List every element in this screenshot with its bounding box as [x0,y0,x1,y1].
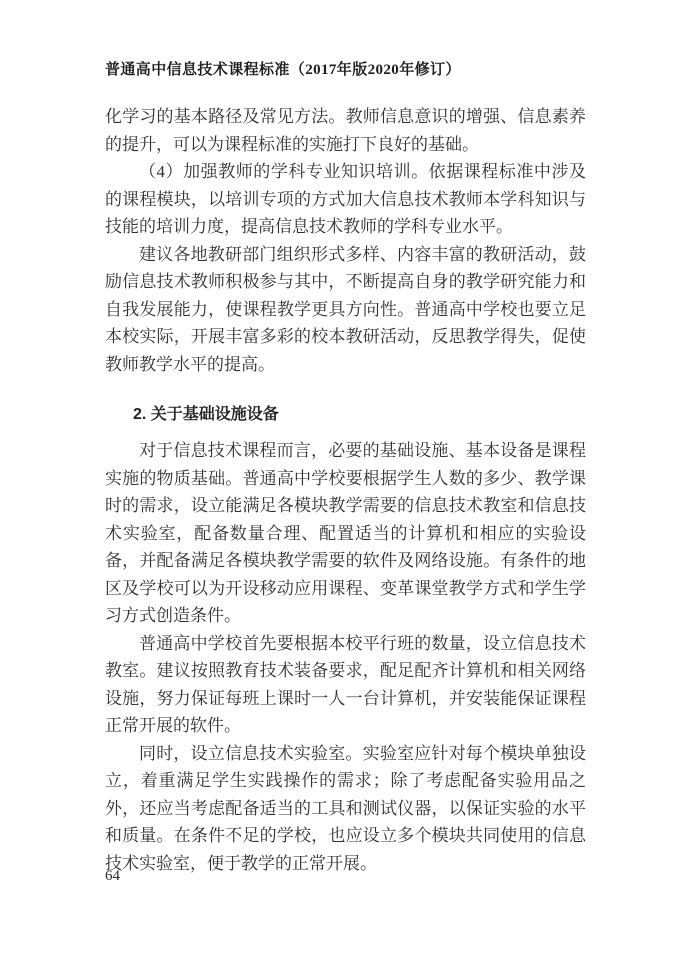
paragraph: 建议各地教研部门组织形式多样、内容丰富的教研活动，鼓励信息技术教师积极参与其中，… [105,241,586,379]
document-page: 普通高中信息技术课程标准（2017年版2020年修订） 化学习的基本路径及常见方… [0,0,688,964]
document-body: 化学习的基本路径及常见方法。教师信息意识的增强、信息素养的提升，可以为课程标准的… [105,103,586,877]
paragraph: 对于信息技术课程而言，必要的基础设施、基本设备是课程实施的物质基础。普通高中学校… [105,437,586,630]
paragraph: （4）加强教师的学科专业知识培训。依据课程标准中涉及的课程模块，以培训专项的方式… [105,158,586,241]
section-heading: 2. 关于基础设施设备 [105,404,586,426]
running-header: 普通高中信息技术课程标准（2017年版2020年修订） [105,60,586,80]
page-number: 64 [105,868,120,885]
paragraph: 普通高中学校首先要根据本校平行班的数量，设立信息技术教室。建议按照教育技术装备要… [105,630,586,740]
paragraph: 化学习的基本路径及常见方法。教师信息意识的增强、信息素养的提升，可以为课程标准的… [105,103,586,158]
paragraph: 同时，设立信息技术实验室。实验室应针对每个模块单独设立，着重满足学生实践操作的需… [105,740,586,878]
